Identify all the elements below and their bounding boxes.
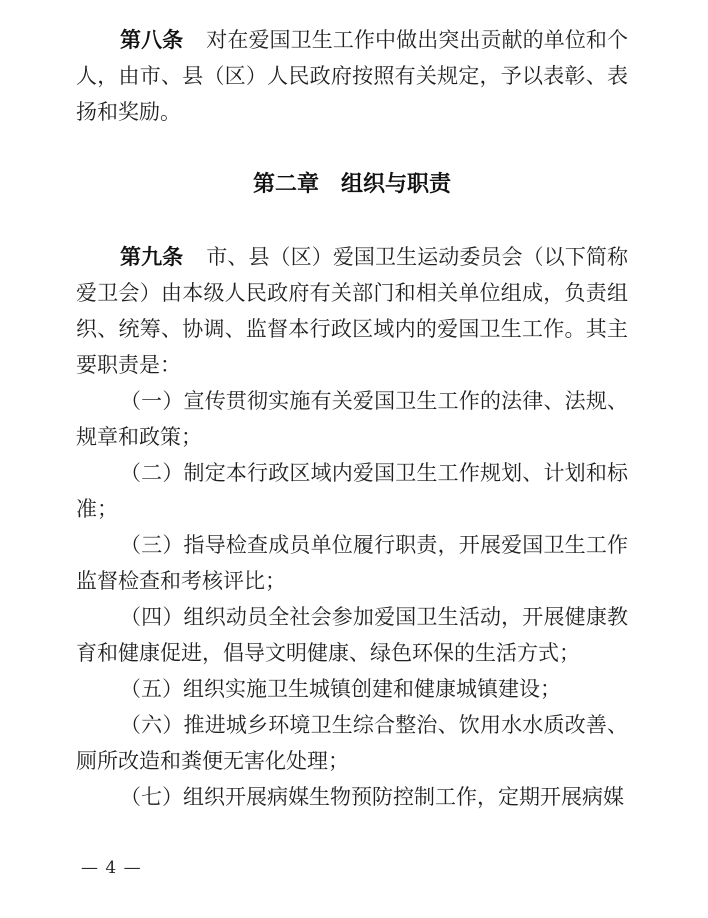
article-paragraph: 第九条市、县（区）爱国卫生运动委员会（以下简称爱卫会）由本级人民政府有关部门和相… (76, 239, 628, 383)
chapter-heading: 第二章 组织与职责 (76, 167, 628, 203)
page-footer: — 4 — (81, 858, 142, 878)
paragraph-text: （七）组织开展病媒生物预防控制工作，定期开展病媒 (120, 785, 624, 809)
document-page: 第八条对在爱国卫生工作中做出突出贡献的单位和个人，由市、县（区）人民政府按照有关… (0, 0, 708, 918)
paragraph-text: （一）宣传贯彻实施有关爱国卫生工作的法律、法规、规章和政策； (76, 389, 628, 449)
article-number-label: 第八条 (120, 28, 183, 52)
document-content: 第八条对在爱国卫生工作中做出突出贡献的单位和个人，由市、县（区）人民政府按照有关… (76, 22, 628, 815)
chapter-title-text: 第二章 组织与职责 (253, 172, 451, 197)
paragraph-text: （六）推进城乡环境卫生综合整治、饮用水水质改善、厕所改造和粪便无害化处理； (76, 713, 628, 773)
list-item-paragraph: （七）组织开展病媒生物预防控制工作，定期开展病媒 (76, 779, 628, 815)
paragraph-text: （三）指导检查成员单位履行职责，开展爱国卫生工作监督检查和考核评比； (76, 533, 628, 593)
list-item-paragraph: （五）组织实施卫生城镇创建和健康城镇建设； (76, 671, 628, 707)
list-item-paragraph: （四）组织动员全社会参加爱国卫生活动，开展健康教育和健康促进，倡导文明健康、绿色… (76, 599, 628, 671)
paragraph-text: （五）组织实施卫生城镇创建和健康城镇建设； (120, 677, 561, 701)
list-item-paragraph: （一）宣传贯彻实施有关爱国卫生工作的法律、法规、规章和政策； (76, 383, 628, 455)
list-item-paragraph: （六）推进城乡环境卫生综合整治、饮用水水质改善、厕所改造和粪便无害化处理； (76, 707, 628, 779)
paragraph-text: （二）制定本行政区域内爱国卫生工作规划、计划和标准； (76, 461, 628, 521)
list-item-paragraph: （二）制定本行政区域内爱国卫生工作规划、计划和标准； (76, 455, 628, 527)
paragraph-text: （四）组织动员全社会参加爱国卫生活动，开展健康教育和健康促进，倡导文明健康、绿色… (76, 605, 628, 665)
article-paragraph: 第八条对在爱国卫生工作中做出突出贡献的单位和个人，由市、县（区）人民政府按照有关… (76, 22, 628, 130)
list-item-paragraph: （三）指导检查成员单位履行职责，开展爱国卫生工作监督检查和考核评比； (76, 527, 628, 599)
page-number: — 4 — (81, 858, 142, 878)
article-number-label: 第九条 (120, 245, 183, 269)
